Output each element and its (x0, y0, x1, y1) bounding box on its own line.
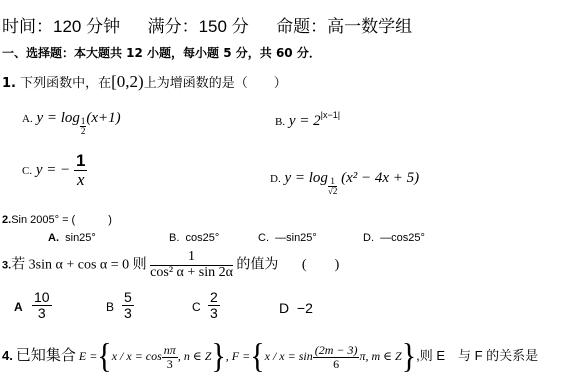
q1-option-b: B. y = 2|x−1| (275, 110, 340, 130)
q2-option-d: D. —cos25° (363, 232, 425, 244)
set-e-body-pre: x / x = cos (112, 349, 162, 363)
question-number: 4. (2, 348, 13, 363)
q3-option-c-value: 23 (208, 290, 220, 320)
brace-close-icon: } (402, 340, 416, 375)
question-number: 3. (2, 259, 11, 271)
set-e-body-post: , n ∈ Z (178, 349, 212, 363)
q1-option-c: C. y = − 1x (22, 152, 87, 189)
question-3-text-pre: 若 3sin α + cos α = 0 则 (11, 257, 146, 272)
option-label: C. (22, 165, 32, 177)
author-value: 高一数学组 (327, 17, 412, 36)
q1-option-a: A. y = log12(x+1) (22, 110, 121, 136)
q2-option-c: C. —sin25° (258, 232, 317, 244)
fraction: 1cos² α + sin 2α (150, 250, 233, 280)
brace-close-icon: } (211, 340, 225, 375)
option-label: B. (275, 116, 285, 128)
brace-open-icon: { (250, 340, 264, 375)
option-arg: (x+1) (86, 110, 120, 126)
question-number: 2. (2, 214, 11, 226)
score-unit: 分 (232, 17, 249, 36)
time-value: 120 (53, 17, 81, 36)
time-unit: 分钟 (86, 17, 120, 36)
answer-paren: ( ) (302, 257, 339, 272)
question-4-text-post: ,则 E 与 F 的关系是 (416, 348, 538, 363)
option-label: A. (22, 113, 33, 125)
q3-option-a-value: 103 (32, 290, 52, 320)
question-1-text-post: 上为增函数的是（ ） (144, 76, 287, 91)
question-2-stem: 2.Sin 2005° = ( ) (2, 211, 112, 227)
option-expr: y = 2 (289, 113, 321, 129)
q3-option-c: C (192, 300, 201, 314)
time-label: 时间： (2, 17, 53, 36)
section-title: 一、选择题：本大题共 12 小题，每小题 5 分，共 60 分． (2, 44, 321, 61)
q2-option-a: A. sin25° (48, 232, 96, 244)
question-1-text-pre: 下列函数中，在 (20, 76, 111, 91)
question-4-stem: 4. 已知集合 E ={x / x = cosnπ3, n ∈ Z}, F ={… (2, 342, 538, 372)
q3-options: A 103 B 53 C 23 D −2 (14, 290, 414, 330)
brace-open-icon: { (97, 340, 111, 375)
exponent: |x−1| (321, 110, 340, 120)
author-label: 命题： (276, 17, 327, 36)
score-label: 满分： (148, 17, 199, 36)
q3-option-d: D −2 (279, 300, 313, 316)
question-4-text-pre: 已知集合 (16, 347, 76, 364)
set-e-name: E = (79, 349, 97, 363)
log-base: 1√2 (328, 177, 337, 196)
question-3-text-post: 的值为 (236, 257, 278, 272)
question-3-stem: 3.若 3sin α + cos α = 0 则 1cos² α + sin 2… (2, 250, 339, 280)
fraction: 1x (74, 152, 87, 189)
interval: [0,2) (111, 72, 144, 91)
question-2-text: Sin 2005° = ( ) (11, 214, 112, 226)
q1-option-d: D. y = log1√2 (x² − 4x + 5) (270, 170, 419, 196)
set-f-name: , F = (226, 349, 250, 363)
option-label: D. (270, 173, 281, 185)
q3-option-b-value: 53 (122, 290, 134, 320)
question-1-stem: 1. 下列函数中，在[0,2)上为增函数的是（ ） (2, 72, 287, 92)
set-f-body-pre: x / x = sin (265, 349, 313, 363)
exam-header: 时间：120 分钟 满分：150 分 命题：高一数学组 (2, 12, 412, 37)
option-expr: y = − (36, 162, 70, 178)
option-arg: (x² − 4x + 5) (341, 170, 419, 186)
option-expr: y = log (36, 110, 79, 126)
question-number: 1. (2, 76, 16, 91)
q2-option-b: B. cos25° (169, 232, 219, 244)
score-value: 150 (199, 17, 227, 36)
q3-option-a: A (14, 300, 23, 314)
option-expr: y = log (284, 170, 327, 186)
fraction: (2m − 3)6 (313, 344, 360, 370)
fraction: nπ3 (162, 344, 178, 370)
q3-option-b: B (106, 300, 114, 314)
set-f-body-post: π, m ∈ Z (359, 349, 401, 363)
